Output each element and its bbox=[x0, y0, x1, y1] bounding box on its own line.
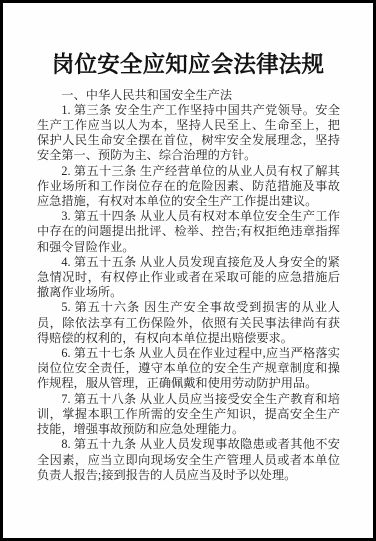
law-paragraph-article-54: 3. 第五十四条 从业人员有权对本单位安全生产工作中存在的问题提出批评、检举、控… bbox=[37, 209, 340, 255]
law-paragraph-article-57: 6. 第五十七条 从业人员在作业过程中,应当严格落实岗位位安全责任，遵守本单位的… bbox=[37, 346, 340, 392]
law-paragraph-article-3: 1. 第三条 安全生产工作坚持中国共产党领导。安全生产工作应当以人为本，坚持人民… bbox=[37, 103, 340, 164]
law-paragraph-article-56: 5. 第五十六条 因生产安全事故受到损害的从业人员，除依法享有工伤保险外，依照有… bbox=[37, 300, 340, 346]
document-frame: 岗位安全应知应会法律法规 一、中华人民共和国安全生产法 1. 第三条 安全生产工… bbox=[0, 0, 376, 541]
document-title: 岗位安全应知应会法律法规 bbox=[3, 53, 373, 77]
law-paragraph-article-58: 7. 第五十八条 从业人员应当接受安全生产教育和培训，掌握本职工作所需的安全生产… bbox=[37, 392, 340, 438]
law-paragraph-article-53: 2. 第五十三条 生产经营单位的从业人员有权了解其作业场所和工作岗位存在的危险因… bbox=[37, 164, 340, 210]
document-page: 岗位安全应知应会法律法规 一、中华人民共和国安全生产法 1. 第三条 安全生产工… bbox=[3, 3, 373, 538]
law-paragraph-article-55: 4. 第五十五条 从业人员发现直接危及人身安全的紧急情况时，有权停止作业或者在采… bbox=[37, 255, 340, 301]
document-body: 一、中华人民共和国安全生产法 1. 第三条 安全生产工作坚持中国共产党领导。安全… bbox=[3, 88, 373, 483]
law-paragraph-article-59: 8. 第五十九条 从业人员发现事故隐患或者其他不安全因素，应当立即向现场安全生产… bbox=[37, 437, 340, 483]
section-heading: 一、中华人民共和国安全生产法 bbox=[37, 88, 340, 103]
